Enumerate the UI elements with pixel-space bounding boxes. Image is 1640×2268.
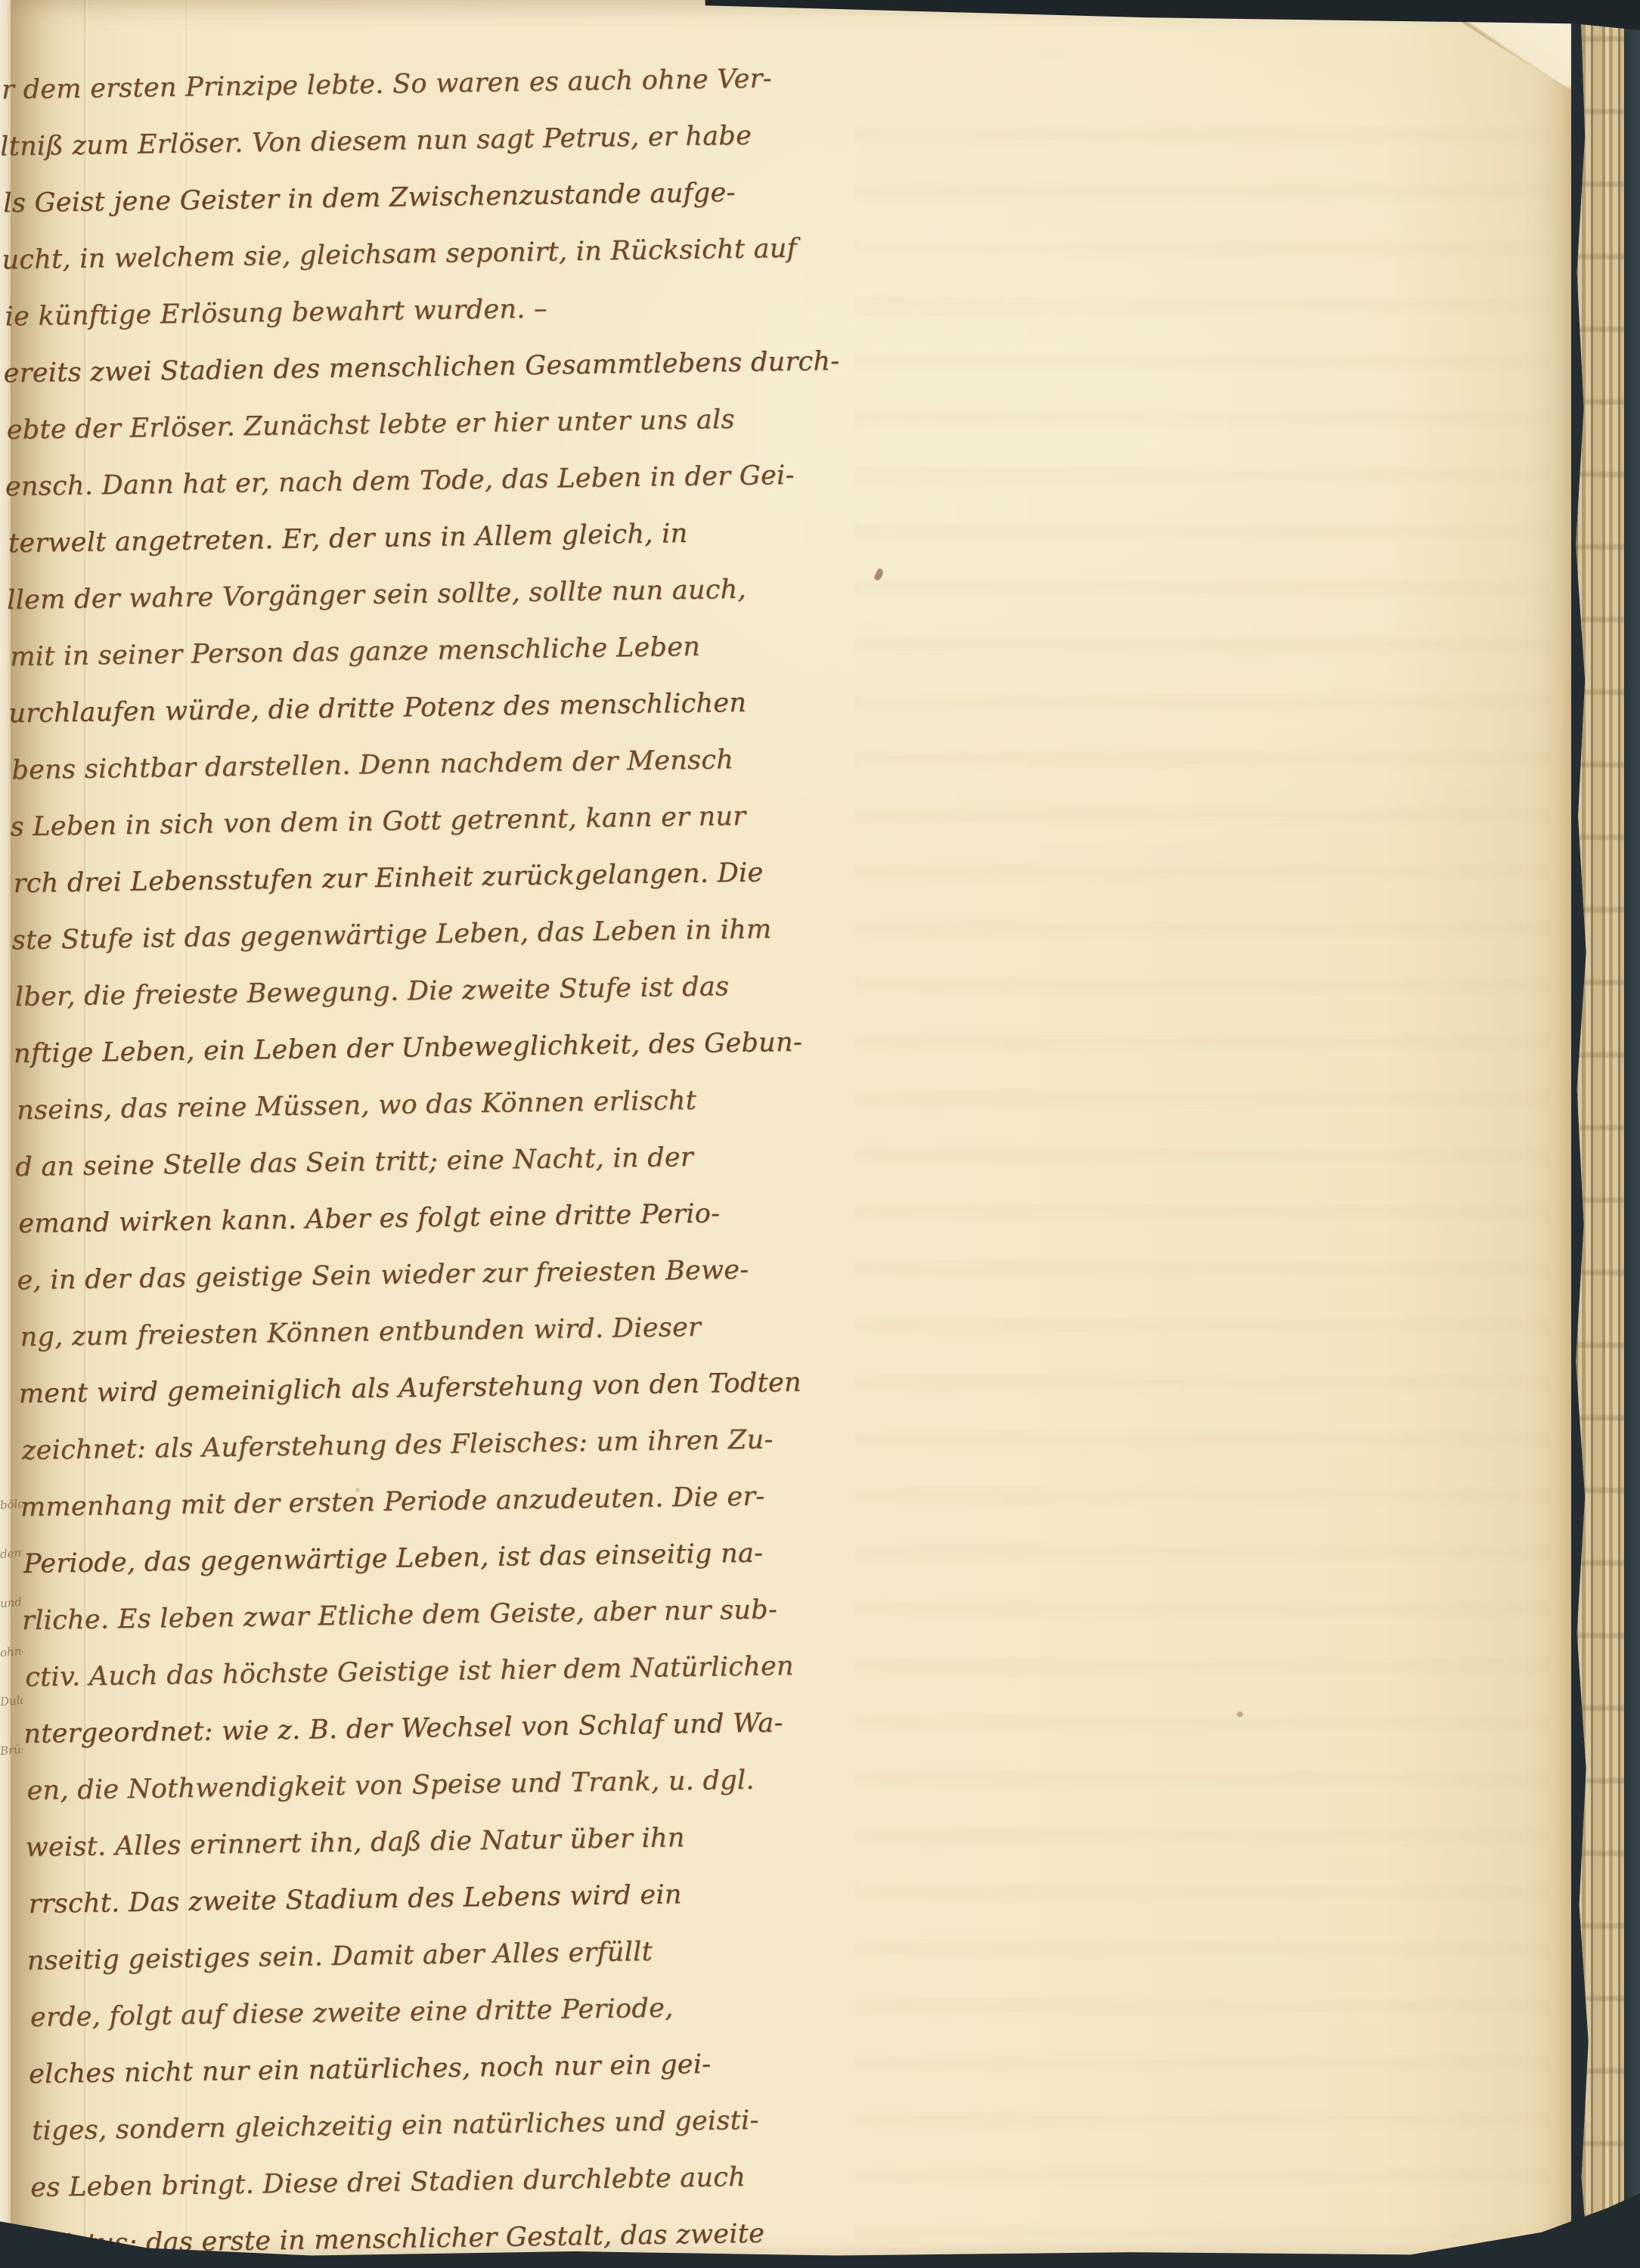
backdrop-right bbox=[1624, 0, 1640, 2268]
margin-fragment: und fel bbox=[0, 1596, 23, 1610]
foxing-spot bbox=[355, 1488, 360, 1492]
margin-fragment: dem h bbox=[0, 1547, 23, 1561]
margin-fragment: böld u bbox=[0, 1498, 23, 1511]
book-fore-edge bbox=[1571, 0, 1629, 2268]
margin-fragment: Brüschl bbox=[0, 1743, 23, 1758]
verso-bleedthrough bbox=[854, 91, 1550, 2238]
manuscript-scan: r dem ersten Prinzipe lebte. So waren es… bbox=[0, 0, 1640, 2268]
margin-fragment: ohne n bbox=[0, 1645, 23, 1659]
manuscript-text-block: r dem ersten Prinzipe lebte. So waren es… bbox=[0, 50, 879, 2268]
margin-fragment: Duld sch bbox=[0, 1694, 23, 1709]
facing-page-text-fragments: böld udem hund felohne nDuld schBrüschl bbox=[0, 1498, 23, 1793]
foxing-spot bbox=[1237, 1712, 1243, 1717]
